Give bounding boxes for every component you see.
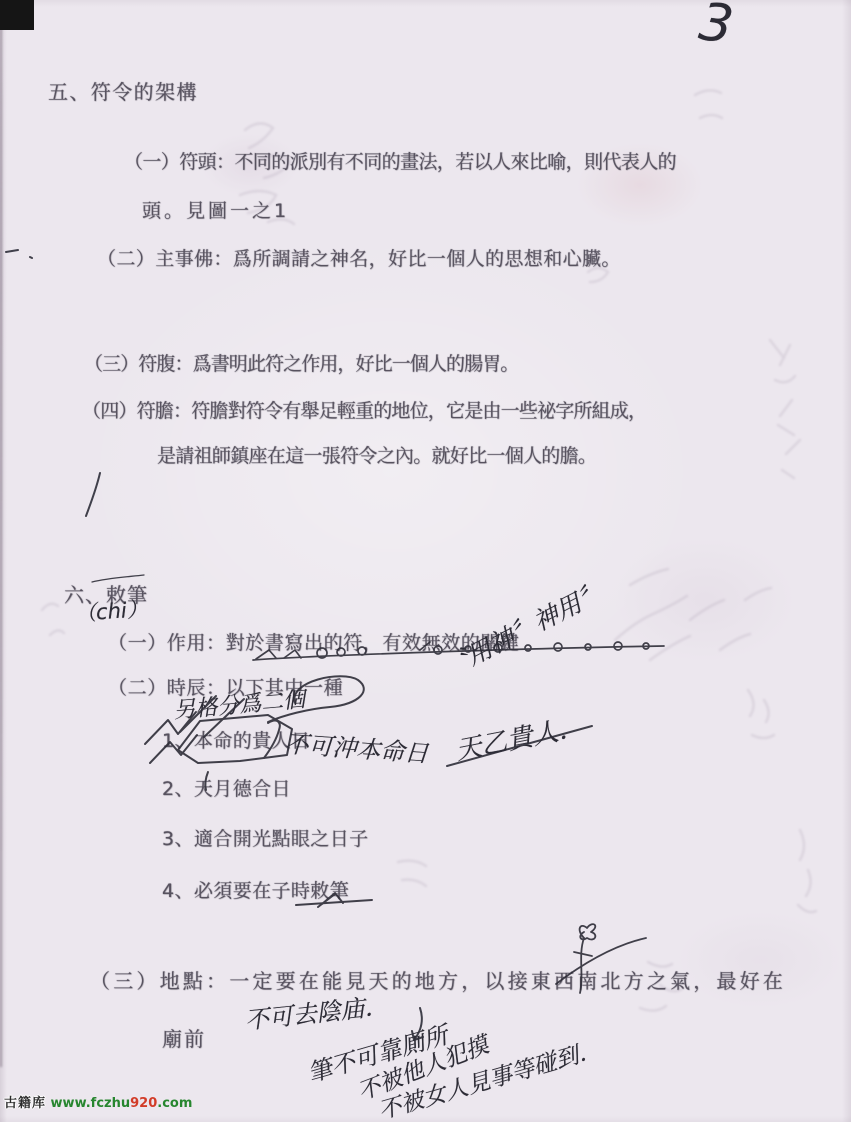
scanned-document-page: { "page": { "number_handwritten": "3" },… [0,0,851,1122]
note-no-clash: 不可沖本命日 [284,724,430,769]
watermark-url-www: www.fczhu [51,1096,131,1111]
line-fu-gall-2: 是請祖師鎮座在這一張符令之內。就好比一個人的膽。 [157,441,596,468]
note-tianyi-noble: 天乙貴人． [452,706,587,767]
pen-stroke-margin [86,473,100,516]
heading-talisman-structure: 五、符令的架構 [48,76,198,105]
watermark-site-name: 古籍库 [4,1096,46,1111]
line-fu-head-2: 頭。見圖一之1 [142,196,289,223]
subitem-zishi: 4、必須要在子時敕筆 [162,876,349,903]
page-number: 3 [696,0,737,56]
watermark: 古籍库 www.fczhu920.com [4,1092,192,1111]
watermark-url-number: 920 [130,1096,157,1111]
watermark-url-tld: .com [157,1096,192,1111]
scan-corner-black-box [0,0,34,30]
subitem-tianyue-de: 2、天月德合日 [162,774,291,801]
line-location-1: （三）地點：一定要在能見天的地方，以接東西南北方之氣，最好在 [90,965,786,994]
pen-margin-dash [6,250,32,258]
subitem-kaiguang-day: 3、適合開光點眼之日子 [162,824,369,851]
line-fu-head-1: （一）符頭：不同的派別有不同的畫法，若以人來比喻，則代表人的 [124,147,676,174]
line-fu-belly: （三）符腹：爲書明此符之作用，好比一個人的腸胃。 [84,349,518,376]
line-fu-gall-1: （四）符膽：符膽對符令有舉足輕重的地位，它是由一些祕字所組成， [82,396,646,423]
line-location-2: 廟前 [162,1023,206,1052]
note-chi: （chi） [74,593,149,628]
paper-crease [0,0,2,850]
line-master-buddha: （二）主事佛：爲所調請之神名，好比一個人的思想和心臟。 [97,244,621,271]
